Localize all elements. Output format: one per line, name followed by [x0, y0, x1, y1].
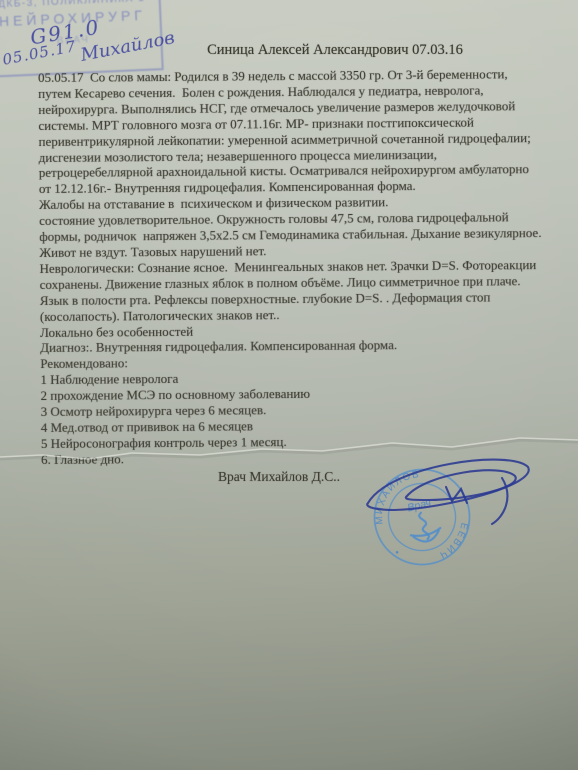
doctor-round-stamp: МИХАЙЛОВ ЕЕВИЧ • Врач — [357, 452, 488, 583]
doctor-line: Врач Михайлов Д.С.. — [218, 469, 340, 485]
patient-header: Синица Алексей Александрович 07.03.16 — [95, 42, 575, 59]
svg-text:•: • — [391, 545, 404, 558]
document-photo: ДКБ-3, ПОЛИКЛИНИКА 1 НЕЙРОХИРУРГ ВРАЧ G9… — [0, 0, 578, 770]
stamp-center-word: Врач — [406, 497, 433, 515]
report-body: 05.05.17 Со слов мамы: Родился в 39 неде… — [38, 66, 571, 468]
stamp-ring-separator: • — [391, 545, 404, 558]
bowl-of-hygieia-icon — [406, 509, 442, 545]
